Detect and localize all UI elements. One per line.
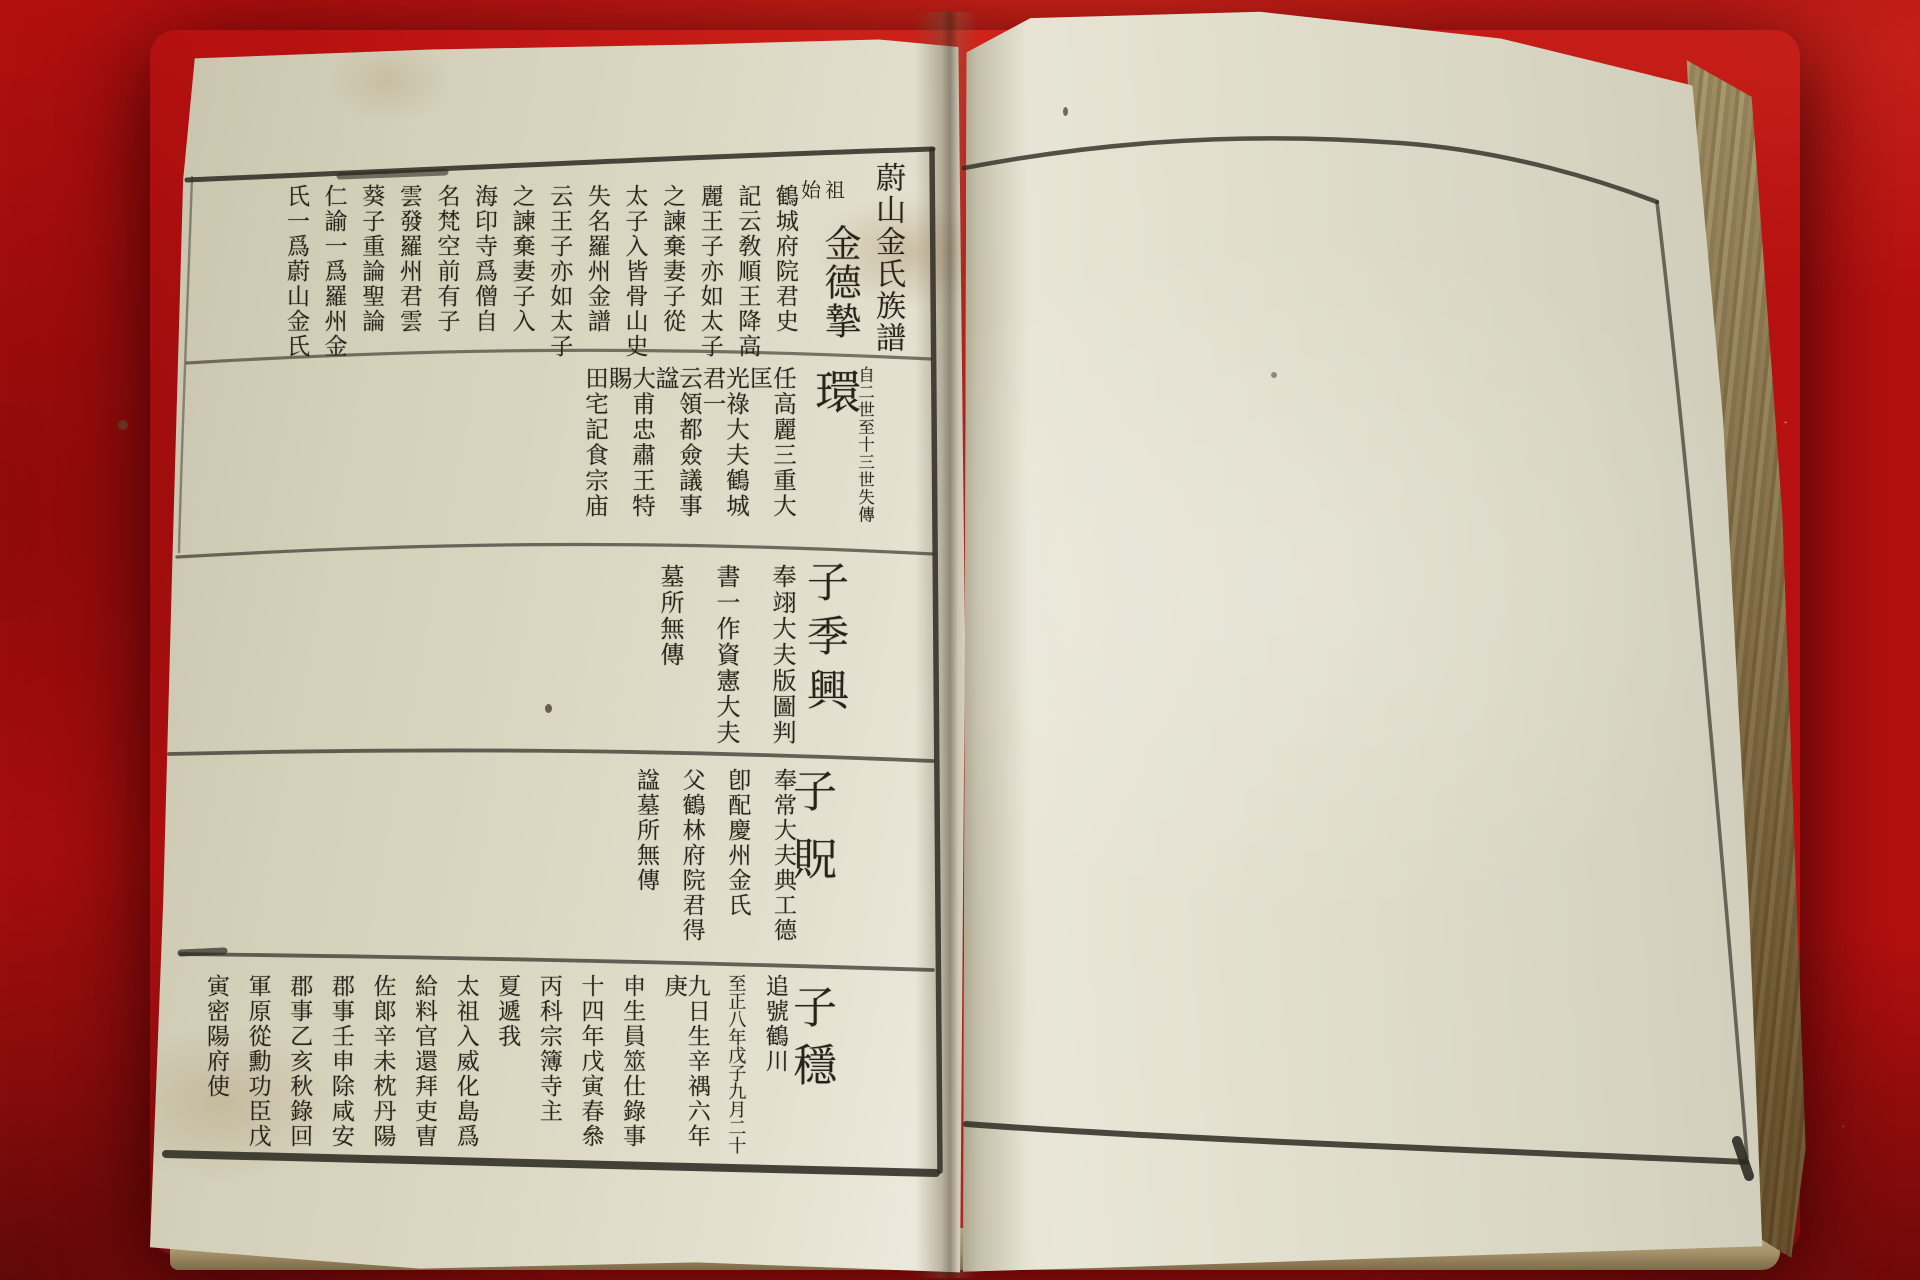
text-column: 鶴城府院君史: [773, 184, 796, 334]
text-column: 給料官還拜吏曺: [412, 974, 435, 1149]
text-column: 丙科宗簿寺主: [537, 974, 560, 1124]
text-column: 父鶴林府院君得: [680, 768, 703, 943]
text-column: 麗王子亦如太子: [698, 184, 721, 359]
text-column: 十四年戊寅春叅: [578, 974, 601, 1149]
text-column: 名梵空前有子: [434, 184, 457, 334]
ink-speck: [545, 704, 552, 713]
generation-name-hwan: 環: [812, 368, 858, 416]
generation-name-on: 子穩: [788, 984, 832, 1100]
text-column: 寅密陽府使: [204, 974, 227, 1099]
paper-speck: [1063, 107, 1068, 116]
text-column: 九日生辛禑六年庚: [662, 974, 708, 1166]
text-column: 太祖入威化島爲: [454, 974, 477, 1149]
text-column: 軍原從勳功臣戊: [246, 974, 269, 1149]
text-column: 墓所無傳: [658, 564, 682, 668]
text-column: 田宅記食宗庙: [583, 366, 607, 519]
text-column: 仁諭一爲羅州金: [322, 184, 345, 359]
book-photo: 蔚山金氏族譜 始祖 金德摯 鶴城府院君史記云敎順王降高麗王子亦如太子之諫棄妻子從…: [0, 0, 1920, 1280]
paper-speck: [118, 420, 128, 430]
text-column: 大甫忠肅王特賜: [606, 366, 653, 544]
text-column: 書一作資憲大夫: [714, 564, 738, 746]
text-column: 失名羅州金譜: [585, 184, 608, 334]
text-column: 海印寺爲僧自: [472, 184, 495, 334]
text-column: 任高麗三重大匡: [747, 366, 794, 544]
text-column: 郡事壬申除咸安: [329, 974, 352, 1149]
hwan-biography-columns: 任高麗三重大匡光祿大夫鶴城君一云領都僉議事諡大甫忠肅王特賜田宅記食宗庙: [586, 366, 794, 544]
genealogy-title: 蔚山金氏族譜: [872, 162, 902, 354]
text-column: 佐郞辛未枕丹陽: [370, 974, 393, 1149]
text-column: 郡事乙亥秋錄回: [287, 974, 310, 1149]
text-column: 之諫棄妻子從: [660, 184, 683, 334]
text-column: 光祿大夫鶴城君一: [700, 366, 747, 544]
handwritten-text-layer: 蔚山金氏族譜 始祖 金德摯 鶴城府院君史記云敎順王降高麗王子亦如太子之諫棄妻子從…: [0, 0, 1920, 1280]
text-column: 諡墓所無傳: [634, 768, 657, 893]
on-biography-columns: 追號鶴川至正八年戊子九月二十九日生辛禑六年庚申生員筮仕錄事十四年戊寅春叅丙科宗簿…: [204, 974, 786, 1166]
founder-name: 金德摯: [821, 224, 858, 341]
text-column: 卽配慶州金氏: [725, 768, 748, 918]
hwang-biography-columns: 奉常大夫典工德卽配慶州金氏父鶴林府院君得諡墓所無傳: [634, 768, 794, 964]
text-column: 申生員筮仕錄事: [620, 974, 643, 1149]
text-column: 云王子亦如太子: [547, 184, 570, 359]
paper-speck: [1271, 372, 1277, 378]
founder-biography-columns: 鶴城府院君史記云敎順王降高麗王子亦如太子之諫棄妻子從太子入皆骨山史失名羅州金譜云…: [284, 184, 796, 362]
text-column: 奉翊大夫版圖判: [770, 564, 794, 746]
generation-name-gyeheung: 子季興: [804, 560, 846, 722]
text-column: 云領都僉議事諡: [653, 366, 700, 544]
text-column: 夏遞我: [495, 974, 518, 1049]
text-column: 追號鶴川: [763, 974, 786, 1074]
text-column: 至正八年戊子九月二十: [726, 974, 744, 1154]
text-column: 奉常大夫典工德: [771, 768, 794, 943]
text-column: 雲發羅州君雲: [397, 184, 420, 334]
text-column: 記云敎順王降高: [735, 184, 758, 359]
text-column: 氏一爲蔚山金氏: [284, 184, 307, 359]
text-column: 太子入皆骨山史: [622, 184, 645, 359]
text-column: 之諫棄妻子入: [510, 184, 533, 334]
founder-label: 始祖: [797, 174, 849, 203]
gyeheung-biography-columns: 奉翊大夫版圖判書一作資憲大夫墓所無傳: [658, 564, 794, 754]
text-column: 葵子重論聖論: [359, 184, 382, 334]
